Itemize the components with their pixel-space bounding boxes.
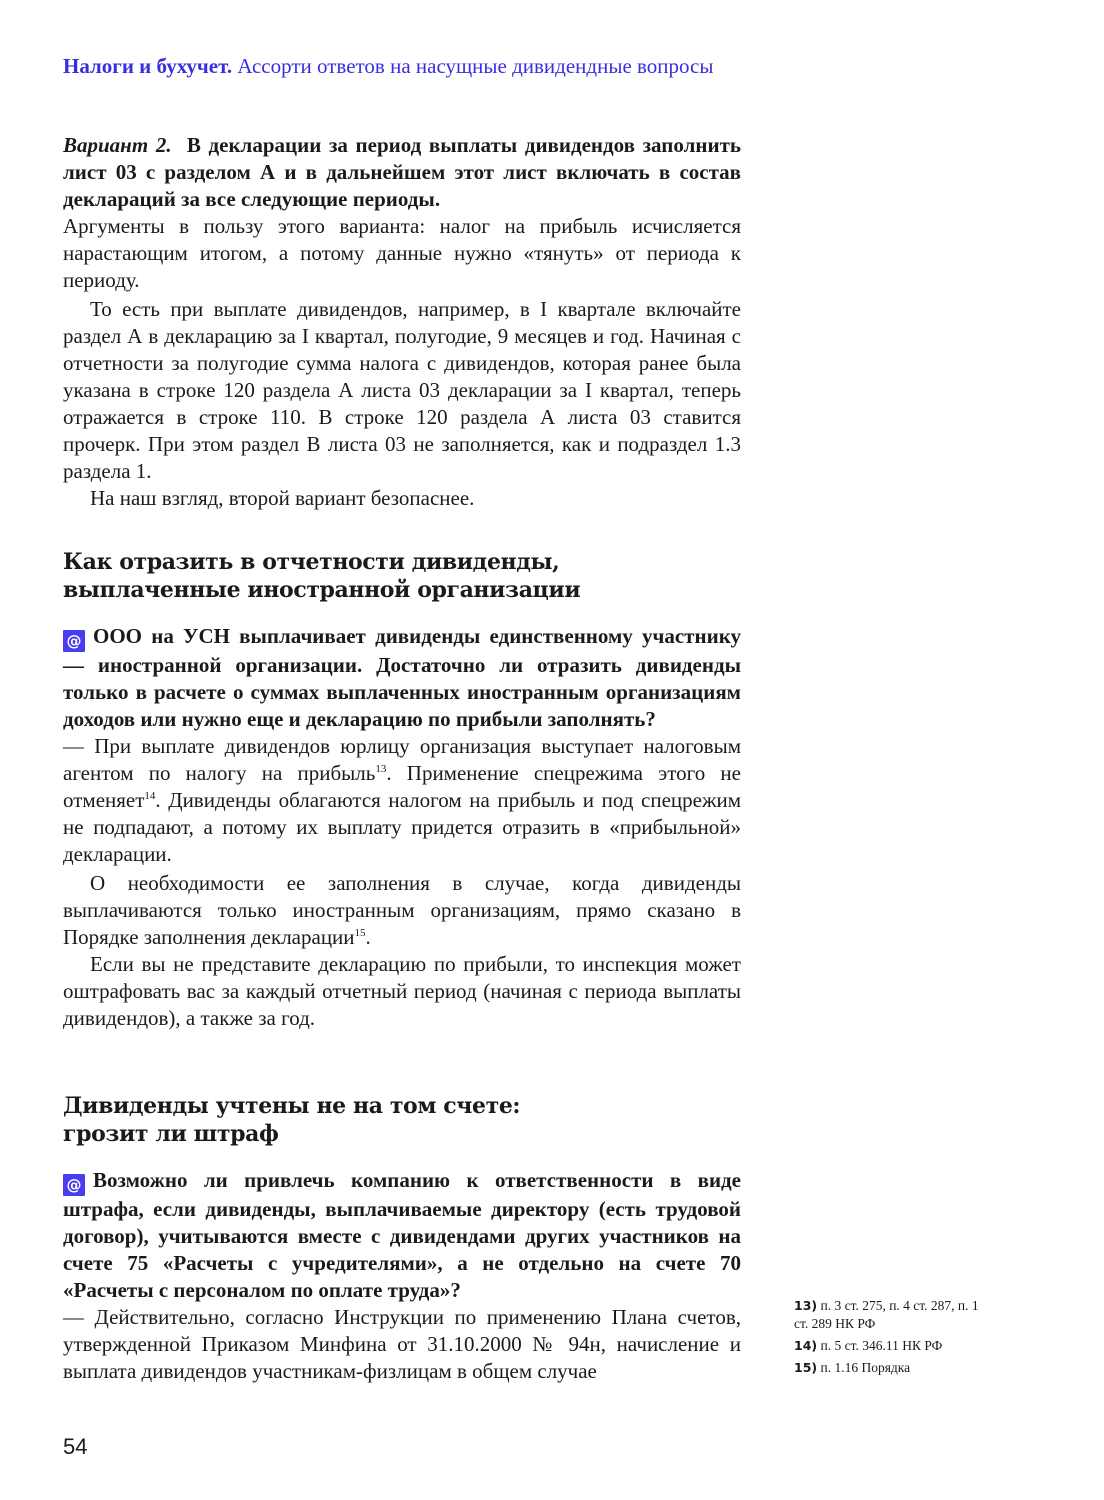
paragraph: О необходимости ее заполнения в случае, … [63, 870, 741, 951]
answer: — Действительно, согласно Инструкции по … [63, 1304, 741, 1385]
question: @ООО на УСН выплачивает дивиденды единст… [63, 623, 741, 733]
footnote-ref[interactable]: 14 [144, 790, 155, 802]
running-head-section: Налоги и бухучет. [63, 54, 232, 78]
at-icon: @ [63, 1174, 85, 1196]
footnotes: 13) п. 3 ст. 275, п. 4 ст. 287, п. 1 ст.… [794, 1297, 994, 1381]
footnote: 15) п. 1.16 Порядка [794, 1359, 994, 1377]
paragraph: То есть при выплате дивидендов, например… [63, 296, 741, 485]
variant-lead: Вариант 2. В декларации за период выплат… [63, 132, 741, 213]
footnote: 13) п. 3 ст. 275, п. 4 ст. 287, п. 1 ст.… [794, 1297, 994, 1333]
page-number: 54 [63, 1434, 87, 1460]
question: @Возможно ли привлечь компанию к ответст… [63, 1167, 741, 1304]
running-head: Налоги и бухучет. Ассорти ответов на нас… [63, 54, 713, 79]
section-wrong-account: Дивиденды учтены не на том счете:грозит … [63, 1092, 741, 1385]
section-heading: Дивиденды учтены не на том счете:грозит … [63, 1092, 741, 1148]
answer: — При выплате дивидендов юрлицу организа… [63, 733, 741, 868]
at-icon: @ [63, 630, 85, 652]
footnote-ref[interactable]: 13 [375, 763, 386, 775]
running-head-title: Ассорти ответов на насущные дивидендные … [237, 54, 713, 78]
paragraph: Аргументы в пользу этого варианта: налог… [63, 213, 741, 294]
variant-block: Вариант 2. В декларации за период выплат… [63, 132, 741, 512]
section-heading: Как отразить в отчетности дивиденды,выпл… [63, 548, 741, 604]
section-foreign-org: Как отразить в отчетности дивиденды,выпл… [63, 548, 741, 1032]
paragraph: Если вы не представите декларацию по при… [63, 951, 741, 1032]
paragraph: На наш взгляд, второй вариант безопаснее… [63, 485, 741, 512]
footnote-ref[interactable]: 15 [355, 927, 366, 939]
variant-label: Вариант 2. [63, 133, 172, 157]
footnote: 14) п. 5 ст. 346.11 НК РФ [794, 1337, 994, 1355]
